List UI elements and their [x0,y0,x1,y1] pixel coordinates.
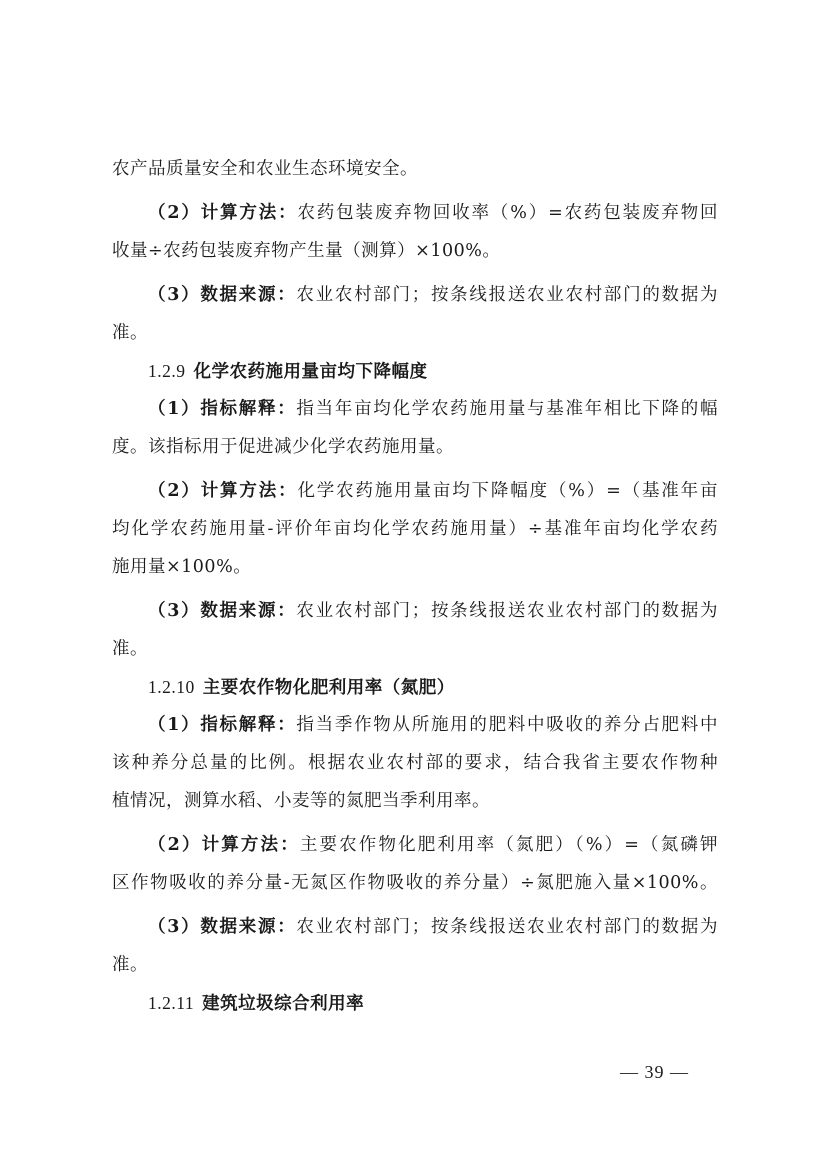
paragraph-line: 准。 [112,950,148,980]
paragraph-line: 该种养分总量的比例。根据农业农村部的要求，结合我省主要农作物种 [112,748,718,778]
paragraph-line: （1）指标解释：指当年亩均化学农药施用量与基准年相比下降的幅 [148,394,718,424]
paragraph-line: （3）数据来源：农业农村部门；按条线报送农业农村部门的数据为 [148,912,718,942]
page-number: — 39 — [620,1062,689,1083]
section-title: 主要农作物化肥利用率（氮肥） [203,678,455,698]
paragraph-line: 植情况，测算水稻、小麦等的氮肥当季利用率。 [112,786,490,816]
paragraph-line: 区作物吸收的养分量-无氮区作物吸收的养分量）÷氮肥施入量×100%。 [112,868,718,898]
section-title: 建筑垃圾综合利用率 [202,994,364,1014]
paragraph-line: （2）计算方法：主要农作物化肥利用率（氮肥）（%）=（氮磷钾 [148,830,718,860]
section-heading: 1.2.10主要农作物化肥利用率（氮肥） [148,672,455,702]
section-number: 1.2.9 [148,361,186,381]
paragraph-line: （2）计算方法：化学农药施用量亩均下降幅度（%）=（基准年亩 [148,476,718,506]
item-text: 农业农村部门；按条线报送农业农村部门的数据为 [296,917,718,937]
paragraph-line: 度。该指标用于促进减少化学农药施用量。 [112,432,454,462]
item-text: 主要农作物化肥利用率（氮肥）（%）=（氮磷钾 [300,835,718,855]
item-label: （1）指标解释： [148,399,296,419]
paragraph-line: 均化学农药施用量-评价年亩均化学农药施用量）÷基准年亩均化学农药 [112,514,718,544]
item-text: 农业农村部门；按条线报送农业农村部门的数据为 [296,285,718,305]
section-heading: 1.2.11建筑垃圾综合利用率 [148,988,364,1018]
item-label: （1）指标解释： [148,715,296,735]
item-text: 农业农村部门；按条线报送农业农村部门的数据为 [296,601,718,621]
item-label: （2）计算方法： [148,481,297,501]
paragraph-line: （1）指标解释：指当季作物从所施用的肥料中吸收的养分占肥料中 [148,710,718,740]
item-label: （3）数据来源： [148,285,296,305]
item-text: 指当季作物从所施用的肥料中吸收的养分占肥料中 [296,715,718,735]
item-text: 指当年亩均化学农药施用量与基准年相比下降的幅 [296,399,718,419]
section-number: 1.2.11 [148,993,194,1013]
section-title: 化学农药施用量亩均下降幅度 [194,362,428,382]
paragraph-line: 施用量×100%。 [112,552,251,582]
paragraph-line: （2）计算方法：农药包装废弃物回收率（%）=农药包装废弃物回 [148,198,718,228]
paragraph-line: 准。 [112,634,148,664]
item-label: （3）数据来源： [148,601,296,621]
item-label: （3）数据来源： [148,917,296,937]
item-label: （2）计算方法： [148,203,297,223]
section-number: 1.2.10 [148,677,195,697]
item-text: 农药包装废弃物回收率（%）=农药包装废弃物回 [297,203,718,223]
paragraph-line: 收量÷农药包装废弃物产生量（测算）×100%。 [112,236,500,266]
paragraph-line: （3）数据来源：农业农村部门；按条线报送农业农村部门的数据为 [148,596,718,626]
paragraph-line: （3）数据来源：农业农村部门；按条线报送农业农村部门的数据为 [148,280,718,310]
paragraph-line: 农产品质量安全和农业生态环境安全。 [112,154,418,184]
item-text: 化学农药施用量亩均下降幅度（%）=（基准年亩 [297,481,718,501]
section-heading: 1.2.9化学农药施用量亩均下降幅度 [148,356,428,386]
paragraph-line: 准。 [112,318,148,348]
item-label: （2）计算方法： [148,835,300,855]
